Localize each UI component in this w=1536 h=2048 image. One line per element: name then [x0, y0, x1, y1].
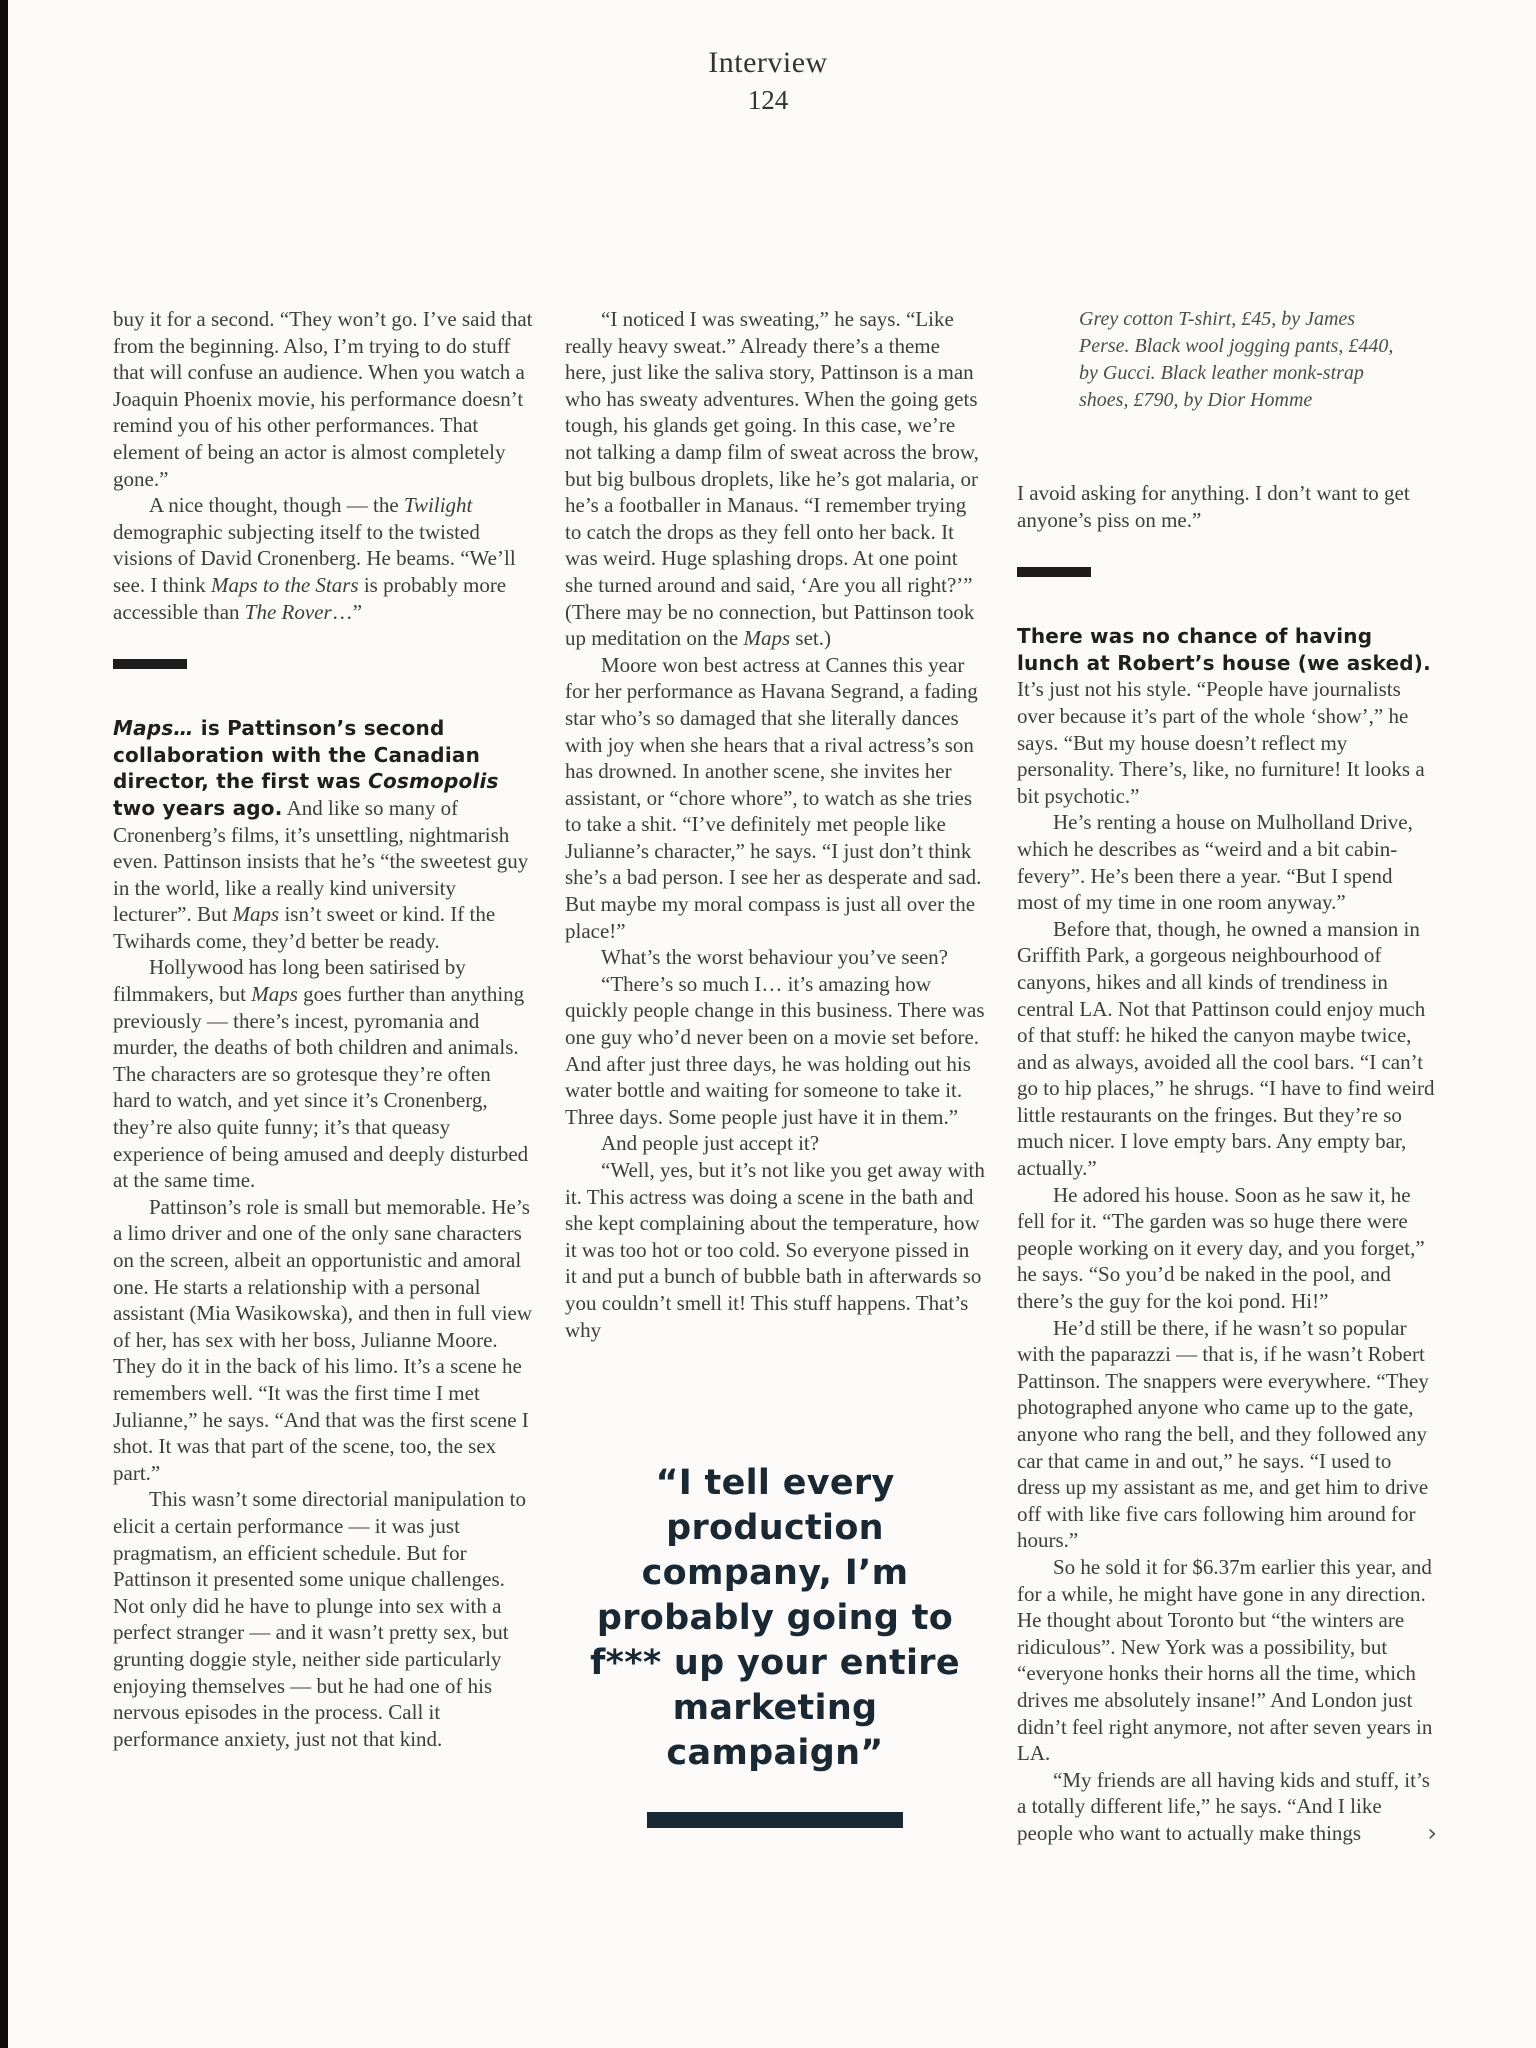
- paragraph: This wasn’t some directorial manipulatio…: [113, 1486, 533, 1752]
- paragraph: Pattinson’s role is small but memorable.…: [113, 1194, 533, 1487]
- article-columns: buy it for a second. “They won’t go. I’v…: [113, 306, 1437, 1847]
- paragraph: Before that, though, he owned a mansion …: [1017, 916, 1437, 1182]
- paragraph: He’d still be there, if he wasn’t so pop…: [1017, 1315, 1437, 1554]
- lead-paragraph: There was no chance of having lunch at R…: [1017, 623, 1437, 809]
- column-3: Grey cotton T-shirt, £45, by James Perse…: [1017, 306, 1437, 1847]
- interview-question: What’s the worst behaviour you’ve seen?: [565, 944, 985, 971]
- section-divider-bar: [1017, 567, 1091, 577]
- paragraph: He adored his house. Soon as he saw it, …: [1017, 1182, 1437, 1315]
- column-1: buy it for a second. “They won’t go. I’v…: [113, 306, 533, 1847]
- paragraph: He’s renting a house on Mulholland Drive…: [1017, 809, 1437, 915]
- paragraph: “Well, yes, but it’s not like you get aw…: [565, 1157, 985, 1343]
- paragraph: A nice thought, though — the Twilight de…: [113, 492, 533, 625]
- paragraph: “I noticed I was sweating,” he says. “Li…: [565, 306, 985, 652]
- magazine-page: { "header": { "section": "Interview", "p…: [0, 0, 1536, 2048]
- pull-quote: “I tell every production company, I’m pr…: [565, 1461, 985, 1776]
- header-section-label: Interview: [0, 46, 1536, 80]
- interview-question: And people just accept it?: [565, 1130, 985, 1157]
- header-page-number: 124: [0, 85, 1536, 115]
- paragraph: Moore won best actress at Cannes this ye…: [565, 652, 985, 945]
- paragraph: I avoid asking for anything. I don’t wan…: [1017, 480, 1437, 533]
- paragraph: “My friends are all having kids and stuf…: [1017, 1767, 1437, 1847]
- fashion-credits: Grey cotton T-shirt, £45, by James Perse…: [1079, 306, 1409, 414]
- paragraph: “There’s so much I… it’s amazing how qui…: [565, 971, 985, 1131]
- pull-quote-underline-bar: [647, 1812, 903, 1828]
- section-divider-bar: [113, 659, 187, 669]
- page-header: Interview 124: [0, 46, 1536, 115]
- paragraph: buy it for a second. “They won’t go. I’v…: [113, 306, 533, 492]
- column-2: “I noticed I was sweating,” he says. “Li…: [565, 306, 985, 1847]
- paragraph: So he sold it for $6.37m earlier this ye…: [1017, 1554, 1437, 1767]
- continuation-arrow-icon: ›: [1391, 1820, 1437, 1846]
- paragraph: Hollywood has long been satirised by fil…: [113, 954, 533, 1193]
- lead-paragraph: Maps… is Pattinson’s second collaboratio…: [113, 715, 533, 954]
- left-edge-strip: [0, 0, 8, 2048]
